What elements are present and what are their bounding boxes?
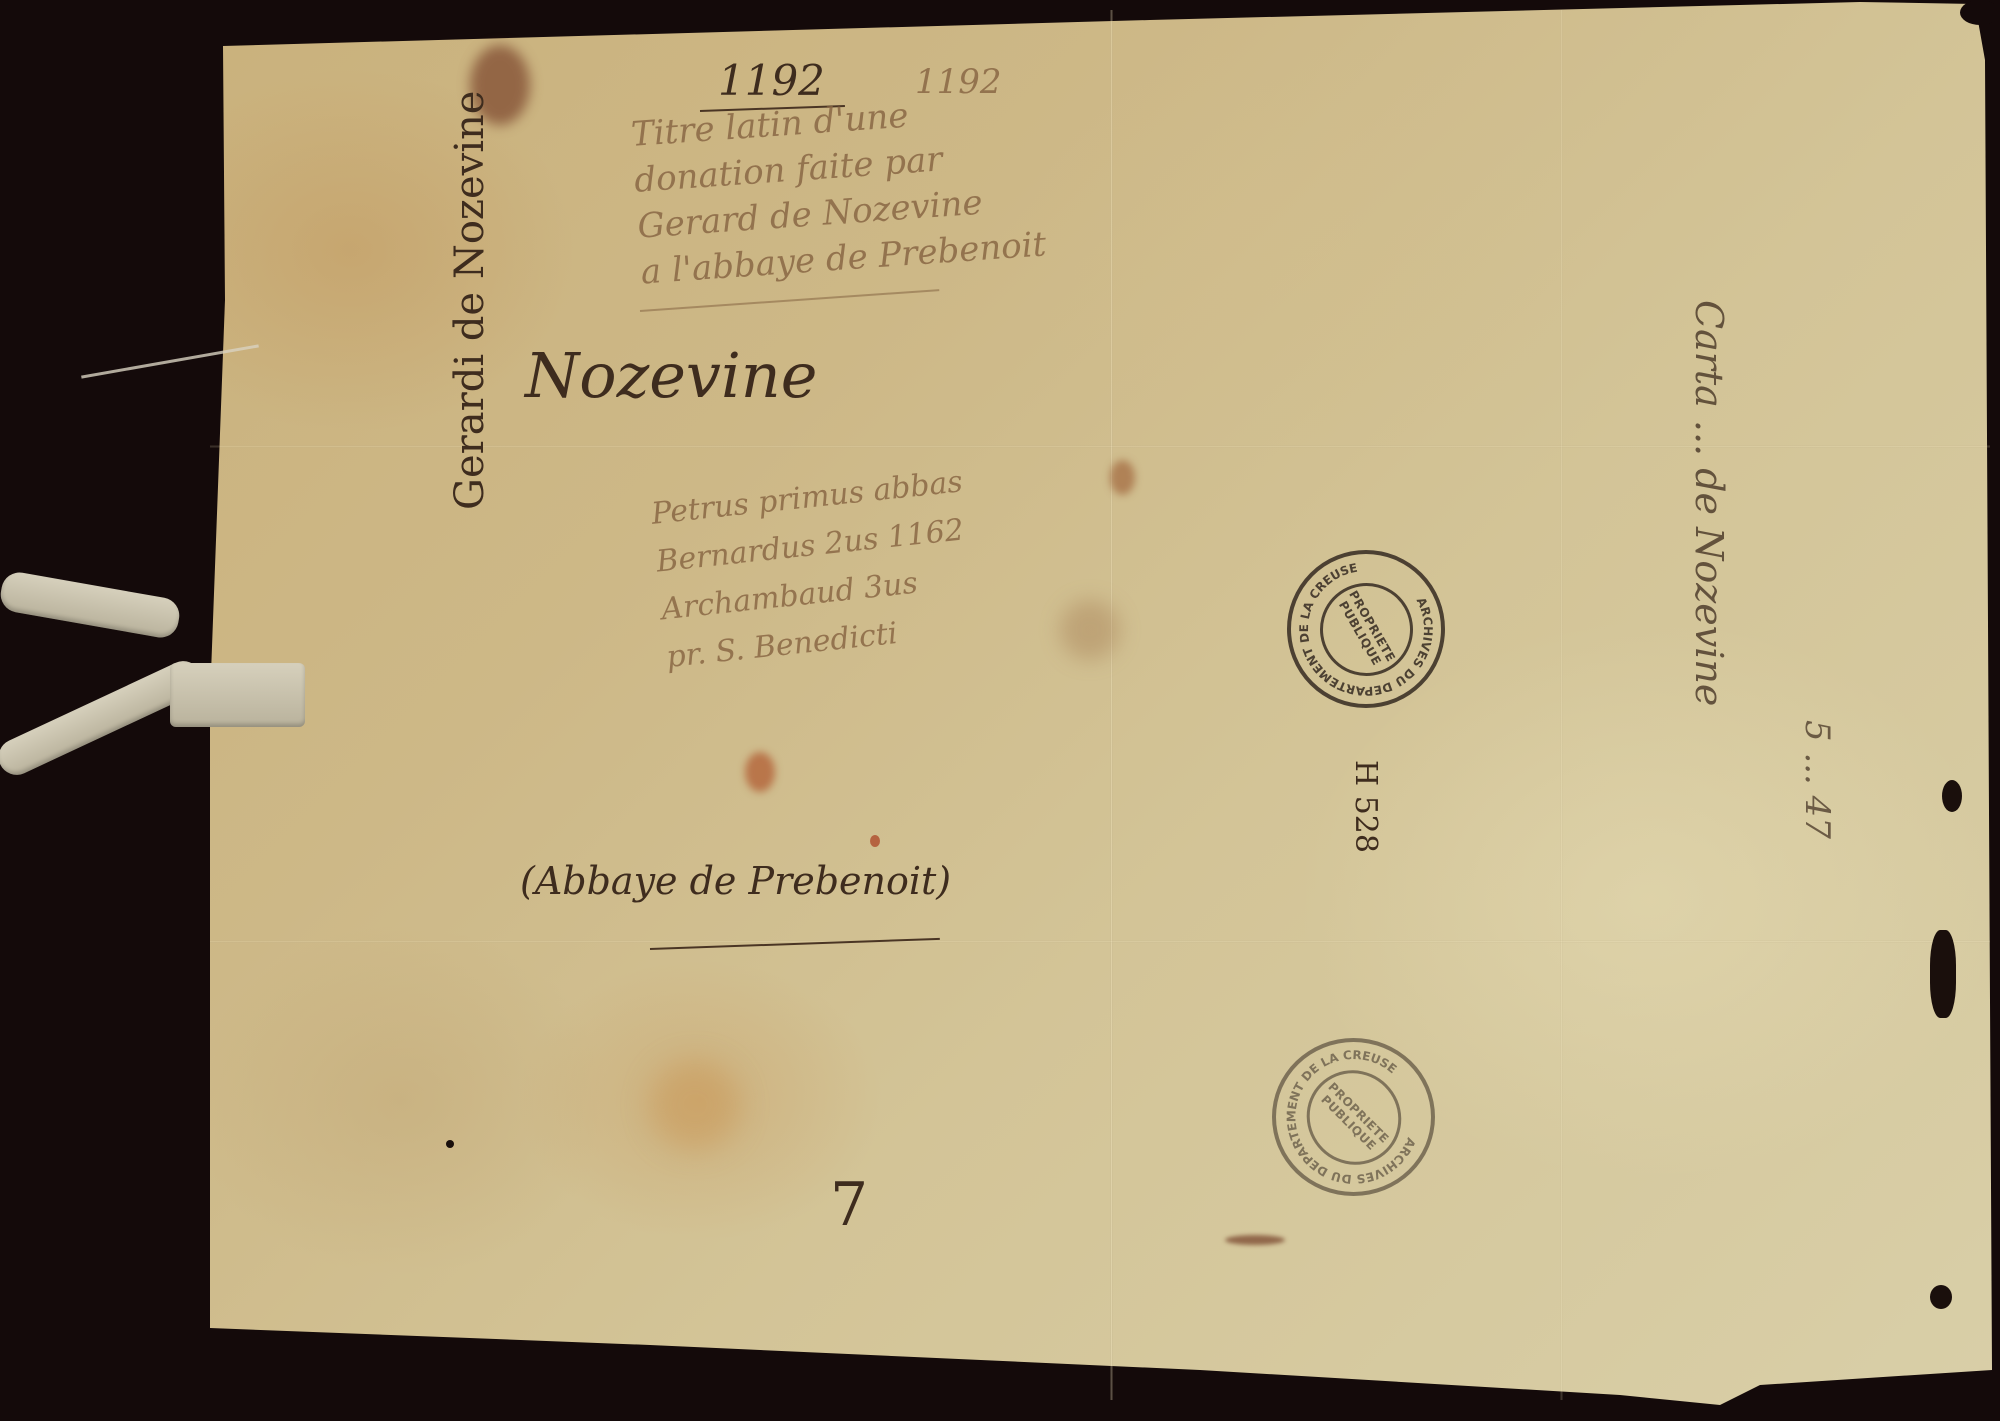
parchment-hole	[1942, 780, 1962, 812]
vertical-gothic-note: Gerardi de Nozevine	[450, 90, 490, 510]
stain	[1110, 460, 1135, 495]
stain	[1060, 600, 1120, 660]
torn-corner	[1960, 0, 2000, 25]
folio-number: 7	[830, 1175, 868, 1235]
parchment-hole	[1930, 1285, 1952, 1309]
vertical-fold-crease	[1110, 10, 1113, 1400]
parchment-hole	[1930, 930, 1956, 1018]
shelfmark: H 528	[1350, 760, 1380, 853]
seal-strap-tongue	[170, 663, 305, 727]
stain	[870, 835, 880, 847]
archives-stamp: ARCHIVES DU DEPARTEMENT DE LA CREUSE PRO…	[1287, 550, 1445, 708]
parchment-hole	[446, 1140, 454, 1148]
stain	[1225, 1235, 1285, 1245]
french-summary: Titre latin d'une donation faite par Ger…	[630, 90, 1047, 290]
stain	[650, 1060, 740, 1150]
right-margin-scrawl: Carta ... de Nozevine	[1690, 300, 1728, 760]
vertical-fold-crease	[1560, 10, 1563, 1400]
seal-strap	[0, 570, 182, 641]
horizontal-fold-crease	[210, 940, 1990, 943]
right-numerals: 5 ... 47	[1800, 720, 1834, 1100]
archives-stamp: ARCHIVES DU DEPARTEMENT DE LA CREUSE PRO…	[1272, 1038, 1435, 1196]
abbey-label: (Abbaye de Prebenoit)	[520, 862, 951, 900]
stain	[745, 752, 775, 792]
year-main: 1192	[718, 60, 825, 102]
place-name-heading: Nozevine	[525, 345, 817, 407]
latin-note: Petrus primus abbas Bernardus 2us 1162 A…	[650, 467, 979, 673]
